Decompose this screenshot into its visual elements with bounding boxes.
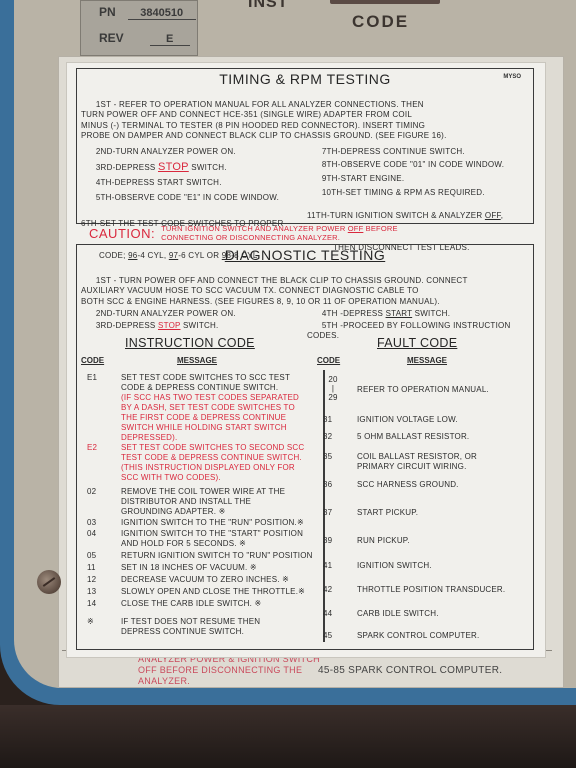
instruction-message: SET IN 18 INCHES OF VACUUM. ※ — [121, 563, 257, 573]
underlying-warning: ANALYZER POWER & IGNITION SWITCH OFF BEF… — [138, 654, 320, 687]
underlying-footer-title: 45-85 SPARK CONTROL COMPUTER. — [318, 665, 502, 676]
instruction-message: DECREASE VACUUM TO ZERO INCHES. ※ — [121, 575, 289, 585]
column-divider — [323, 370, 325, 642]
diagnostic-title-text: DIAGNOSTIC TESTING — [225, 247, 385, 263]
instruction-code: 14 — [87, 599, 111, 609]
instruction-message: SLOWLY OPEN AND CLOSE THE THROTTLE.※ — [121, 587, 305, 597]
fault-code: 31 — [323, 415, 347, 425]
fault-code: 37 — [323, 508, 347, 518]
fault-code: 35 — [323, 452, 347, 462]
caution-label: CAUTION: — [89, 226, 155, 241]
instruction-message: IGNITION SWITCH TO THE "START" POSITION … — [121, 529, 303, 549]
rev-value: E — [150, 33, 190, 46]
message-text: SET TEST CODE SWITCHES TO SCC TEST CODE … — [121, 373, 290, 392]
step-ordinal: 3RD — [96, 321, 113, 330]
fault-code-title: FAULT CODE — [377, 336, 457, 350]
step-ordinal: 1ST — [96, 276, 111, 285]
inst-label: INST — [248, 0, 288, 12]
fault-message: SPARK CONTROL COMPUTER. — [357, 631, 479, 641]
instruction-col-code: CODE — [81, 356, 104, 365]
stop-highlight: STOP — [158, 321, 181, 330]
step-text: , — [501, 211, 503, 220]
instruction-message: REMOVE THE COIL TOWER WIRE AT THE DISTRI… — [121, 487, 285, 517]
instruction-message: SET TEST CODE SWITCHES TO SCC TEST CODE … — [121, 373, 299, 443]
step-text: REFER TO OPERATION MANUAL FOR ALL ANALYZ… — [81, 100, 447, 141]
instruction-code: 04 — [87, 529, 111, 539]
fault-code: 45 — [323, 631, 347, 641]
rev-label: REV — [99, 31, 124, 45]
instruction-code-title: INSTRUCTION CODE — [125, 336, 255, 350]
fault-code: 20 | 29 — [323, 375, 343, 402]
instruction-code: E1 — [87, 373, 111, 383]
off-underlined: OFF — [348, 224, 364, 233]
fault-message: REFER TO OPERATION MANUAL. — [357, 385, 489, 395]
instruction-code: 03 — [87, 518, 111, 528]
instruction-message: IF TEST DOES NOT RESUME THEN DEPRESS CON… — [121, 617, 260, 637]
fault-code: 41 — [323, 561, 347, 571]
caution-text: TURN IGNITION SWITCH AND ANALYZER POWER … — [161, 225, 398, 242]
instruction-code: 12 — [87, 575, 111, 585]
step-ordinal: 1ST — [96, 100, 111, 109]
step-text: SWITCH. — [181, 321, 219, 330]
code-window-frame — [330, 0, 440, 4]
fault-message: COIL BALLAST RESISTOR, OR PRIMARY CIRCUI… — [357, 452, 477, 472]
caution-line: CONNECTING OR DISCONNECTING ANALYZER. — [161, 233, 340, 242]
timing-title: TIMING & RPM TESTING — [77, 71, 533, 87]
diagnostic-title: DIAGNOSTIC TESTING — [77, 247, 533, 263]
footnote-mark: ※ — [87, 617, 111, 627]
part-number-plate: PN 3840510 REV E — [80, 0, 198, 56]
fault-message: IGNITION SWITCH. — [357, 561, 432, 571]
corner-mark: MYSO — [503, 74, 521, 80]
fault-message: RUN PICKUP. — [357, 536, 410, 546]
code-label: CODE — [352, 12, 409, 32]
instruction-code: 11 — [87, 563, 111, 573]
background-surface — [0, 705, 576, 768]
fault-message: CARB IDLE SWITCH. — [357, 609, 439, 619]
instruction-code: 02 — [87, 487, 111, 497]
off-underlined: OFF — [485, 211, 501, 220]
pn-value: 3840510 — [128, 7, 196, 20]
step-text: TURN IGNITION SWITCH & ANALYZER — [330, 211, 485, 220]
screw-icon — [37, 570, 61, 594]
diagnostic-section: DIAGNOSTIC TESTING 1ST - TURN POWER OFF … — [76, 244, 534, 650]
fault-message: START PICKUP. — [357, 508, 418, 518]
caution-line: BEFORE — [363, 224, 397, 233]
instruction-message: SET TEST CODE SWITCHES TO SECOND SCC TES… — [121, 443, 304, 483]
pn-label: PN — [99, 5, 116, 19]
caution-banner: CAUTION: TURN IGNITION SWITCH AND ANALYZ… — [89, 225, 398, 242]
instruction-code: 05 — [87, 551, 111, 561]
fault-code: 39 — [323, 536, 347, 546]
message-note: (IF SCC HAS TWO TEST CODES SEPARATED BY … — [121, 393, 299, 442]
instruction-message: RETURN IGNITION SWITCH TO "RUN" POSITION — [121, 551, 313, 561]
fault-code: 44 — [323, 609, 347, 619]
fault-col-message: MESSAGE — [407, 356, 447, 365]
instruction-message: IGNITION SWITCH TO THE "RUN" POSITION.※ — [121, 518, 304, 528]
instruction-code: E2 — [87, 443, 111, 453]
fault-code: 36 — [323, 480, 347, 490]
fault-message: SCC HARNESS GROUND. — [357, 480, 459, 490]
fault-col-code: CODE — [317, 356, 340, 365]
instruction-code: 13 — [87, 587, 111, 597]
fault-message: THROTTLE POSITION TRANSDUCER. — [357, 585, 505, 595]
step-text: DEPRESS — [116, 321, 158, 330]
timing-section: TIMING & RPM TESTING MYSO 1ST - REFER TO… — [76, 68, 534, 224]
fault-code: 32 — [323, 432, 347, 442]
step-ordinal: 5TH — [322, 321, 338, 330]
instruction-col-message: MESSAGE — [177, 356, 217, 365]
instruction-message: CLOSE THE CARB IDLE SWITCH. ※ — [121, 599, 261, 609]
instruction-card: TIMING & RPM TESTING MYSO 1ST - REFER TO… — [66, 62, 546, 658]
fault-message: IGNITION VOLTAGE LOW. — [357, 415, 458, 425]
step-ordinal: 11TH — [307, 211, 327, 220]
fault-code: 42 — [323, 585, 347, 595]
fault-message: 5 OHM BALLAST RESISTOR. — [357, 432, 469, 442]
